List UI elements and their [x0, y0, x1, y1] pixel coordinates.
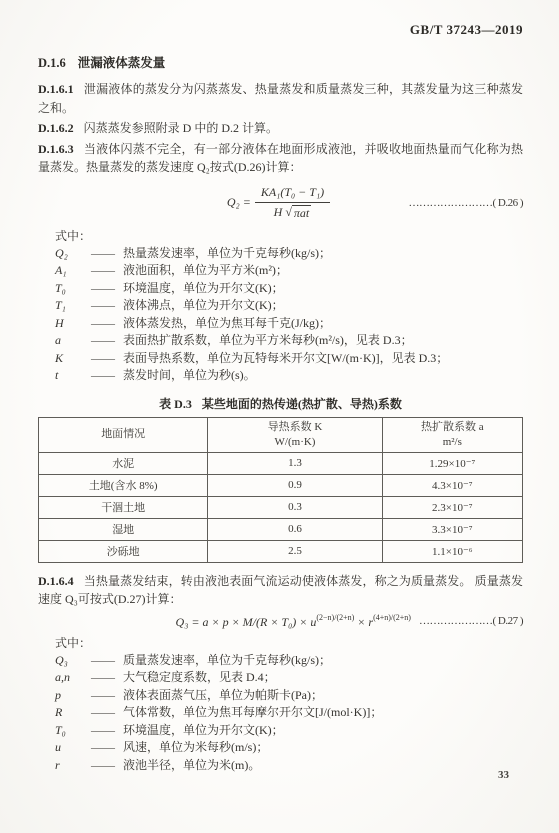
formula-d27-body1: Q₃ = a × p × M/(R × T₀) × u [176, 615, 317, 629]
definition-item: u——风速，单位为米每秒(m/s)； [55, 739, 523, 757]
definition-item: Q₃——质量蒸发速率，单位为千克每秒(kg/s)； [55, 652, 523, 670]
cell-a-value: 4.3×10⁻⁷ [382, 474, 522, 496]
definition-text: 表面导热系数，单位为瓦特每米开尔文[W/(m·K)]，见表 D.3； [123, 350, 523, 368]
definition-dash: —— [91, 262, 115, 280]
clause-d163: D.1.6.3当液体闪蒸不完全，有一部分液体在地面形成液池，并吸收地面热量而气化… [38, 140, 523, 177]
formula-d26-denominator: H √πat [274, 203, 312, 221]
definition-text: 大气稳定度系数，见表 D.4； [123, 669, 523, 687]
definition-dash: —— [91, 722, 115, 740]
definition-text: 液体表面蒸气压，单位为帕斯卡(Pa)； [123, 687, 523, 705]
definition-dash: —— [91, 297, 115, 315]
definition-dash: —— [91, 687, 115, 705]
definition-item: T₁——液体沸点，单位为开尔文(K)； [55, 297, 523, 315]
definition-dash: —— [91, 245, 115, 263]
definition-symbol: R [55, 704, 91, 722]
definition-dash: —— [91, 350, 115, 368]
definition-item: R——气体常数，单位为焦耳每摩尔开尔文[J/(mol·K)]； [55, 704, 523, 722]
header-a-line1: 热扩散系数 a [387, 420, 518, 435]
formula-d26-radical: √πat [285, 205, 311, 221]
definition-text: 液池半径，单位为米(m)。 [123, 757, 523, 775]
cell-k-value: 0.6 [208, 518, 382, 540]
definition-text: 环境温度，单位为开尔文(K)； [123, 722, 523, 740]
ground-surface-table: 地面情况 导热系数 K W/(m·K) 热扩散系数 a m²/s 水泥 1.3 … [38, 417, 523, 563]
definition-symbol: T₀ [55, 722, 91, 740]
radical-sign-icon: √ [285, 205, 292, 220]
table-row: 干涸土地 0.3 2.3×10⁻⁷ [39, 496, 523, 518]
definition-text: 液池面积，单位为平方米(m²)； [123, 262, 523, 280]
definition-symbol: K [55, 350, 91, 368]
formula-d27-leader: …………………( D.27 ) [419, 615, 523, 627]
definition-symbol: T₀ [55, 280, 91, 298]
table-caption-title: 某些地面的热传递(热扩散、导热)系数 [202, 397, 402, 411]
definition-dash: —— [91, 280, 115, 298]
table-row: 水泥 1.3 1.29×10⁻⁷ [39, 452, 523, 474]
table-caption: 表 D.3某些地面的热传递(热扩散、导热)系数 [38, 395, 523, 412]
table-header-row: 地面情况 导热系数 K W/(m·K) 热扩散系数 a m²/s [39, 417, 523, 452]
definition-item: T₀——环境温度，单位为开尔文(K)； [55, 280, 523, 298]
definition-symbol: a [55, 332, 91, 350]
definition-list-d27: Q₃——质量蒸发速率，单位为千克每秒(kg/s)； a,n——大气稳定度系数，见… [38, 652, 523, 775]
formula-d26-leader-dots: …………………… [408, 197, 492, 209]
clause-d163-text: 当液体闪蒸不完全，有一部分液体在地面形成液池，并吸收地面热量而气化称为热量蒸发。… [38, 142, 523, 175]
document-page: GB/T 37243—2019 D.1.6泄漏液体蒸发量 D.1.6.1泄漏液体… [0, 0, 559, 833]
definition-dash: —— [91, 669, 115, 687]
header-k-line2: W/(m·K) [212, 435, 377, 450]
definition-text: 表面热扩散系数，单位为平方米每秒(m²/s)，见表 D.3； [123, 332, 523, 350]
definition-dash: —— [91, 652, 115, 670]
definition-text: 气体常数，单位为焦耳每摩尔开尔文[J/(mol·K)]； [123, 704, 523, 722]
header-a-line2: m²/s [387, 435, 518, 450]
formula-d27-number: ( D.27 ) [492, 615, 523, 627]
definition-symbol: a,n [55, 669, 91, 687]
cell-k-value: 0.9 [208, 474, 382, 496]
definition-item: a——表面热扩散系数，单位为平方米每秒(m²/s)，见表 D.3； [55, 332, 523, 350]
clause-d164-label: D.1.6.4 [38, 574, 74, 588]
definition-item: p——液体表面蒸气压，单位为帕斯卡(Pa)； [55, 687, 523, 705]
definition-symbol: H [55, 315, 91, 333]
cell-a-value: 1.29×10⁻⁷ [382, 452, 522, 474]
definition-item: Q₂——热量蒸发速率，单位为千克每秒(kg/s)； [55, 245, 523, 263]
formula-d26-numerator: KA₁(T₀ − T₁) [255, 185, 330, 203]
clause-d161-label: D.1.6.1 [38, 82, 74, 96]
formula-d27-exponent2: (4+n)/(2+n) [373, 613, 411, 622]
formula-d27-body: Q₃ = a × p × M/(R × T₀) × u(2−n)/(2+n) ×… [176, 613, 411, 630]
definition-item: A₁——液池面积，单位为平方米(m²)； [55, 262, 523, 280]
page-number: 33 [498, 769, 509, 781]
cell-a-value: 1.1×10⁻⁶ [382, 540, 522, 562]
definition-symbol: t [55, 367, 91, 385]
definition-text: 环境温度，单位为开尔文(K)； [123, 280, 523, 298]
clause-d164-text: 当热量蒸发结束，转由液池表面气流运动使液体蒸发，称之为质量蒸发。 质量蒸发速度 … [38, 574, 523, 607]
cell-a-value: 2.3×10⁻⁷ [382, 496, 522, 518]
header-cell-k: 导热系数 K W/(m·K) [208, 417, 382, 452]
definition-symbol: A₁ [55, 262, 91, 280]
definition-dash: —— [91, 704, 115, 722]
definition-item: t——蒸发时间，单位为秒(s)。 [55, 367, 523, 385]
formula-d27: Q₃ = a × p × M/(R × T₀) × u(2−n)/(2+n) ×… [38, 613, 523, 630]
definition-symbol: T₁ [55, 297, 91, 315]
cell-a-value: 3.3×10⁻⁷ [382, 518, 522, 540]
header-k-line1: 导热系数 K [212, 420, 377, 435]
cell-k-value: 2.5 [208, 540, 382, 562]
formula-d26: Q₂ = KA₁(T₀ − T₁) H √πat ……………………( D.26 … [38, 185, 523, 221]
definition-text: 液体沸点，单位为开尔文(K)； [123, 297, 523, 315]
table-caption-label: 表 D.3 [159, 397, 192, 411]
definition-text: 风速，单位为米每秒(m/s)； [123, 739, 523, 757]
clause-d164: D.1.6.4当热量蒸发结束，转由液池表面气流运动使液体蒸发，称之为质量蒸发。 … [38, 572, 523, 609]
standard-code-header: GB/T 37243—2019 [38, 0, 523, 38]
section-heading-label: D.1.6 [38, 56, 66, 70]
definition-symbol: r [55, 757, 91, 775]
formula-d27-leader-dots: ………………… [419, 615, 493, 627]
header-surface-label: 地面情况 [43, 427, 203, 442]
formula-d26-number: ( D.26 ) [492, 197, 523, 209]
clause-d162-label: D.1.6.2 [38, 121, 74, 135]
definition-dash: —— [91, 367, 115, 385]
where-label-d27: 式中： [38, 634, 523, 652]
cell-surface: 湿地 [39, 518, 208, 540]
cell-surface: 干涸土地 [39, 496, 208, 518]
clause-d161: D.1.6.1泄漏液体的蒸发分为闪蒸蒸发、热量蒸发和质量蒸发三种，其蒸发量为这三… [38, 80, 523, 117]
clause-d161-text: 泄漏液体的蒸发分为闪蒸蒸发、热量蒸发和质量蒸发三种，其蒸发量为这三种蒸发之和。 [38, 82, 523, 115]
section-heading: D.1.6泄漏液体蒸发量 [38, 54, 523, 72]
definition-dash: —— [91, 757, 115, 775]
header-cell-surface: 地面情况 [39, 417, 208, 452]
formula-d26-lhs: Q₂ = [227, 195, 251, 210]
definition-text: 液体蒸发热，单位为焦耳每千克(J/kg)； [123, 315, 523, 333]
definition-dash: —— [91, 315, 115, 333]
table-row: 湿地 0.6 3.3×10⁻⁷ [39, 518, 523, 540]
cell-k-value: 1.3 [208, 452, 382, 474]
definition-symbol: Q₃ [55, 652, 91, 670]
definition-dash: —— [91, 739, 115, 757]
clause-d163-label: D.1.6.3 [38, 142, 74, 156]
formula-d27-exponent1: (2−n)/(2+n) [316, 613, 354, 622]
definition-text: 蒸发时间，单位为秒(s)。 [123, 367, 523, 385]
clause-d162: D.1.6.2闪蒸蒸发参照附录 D 中的 D.2 计算。 [38, 119, 523, 138]
formula-d26-den-prefix: H [274, 205, 283, 220]
formula-d27-body2: × r [354, 615, 373, 629]
definition-symbol: u [55, 739, 91, 757]
definition-item: r——液池半径，单位为米(m)。 [55, 757, 523, 775]
formula-d26-radicand: πat [292, 205, 311, 221]
where-label-d26: 式中： [38, 227, 523, 245]
table-row: 土地(含水 8%) 0.9 4.3×10⁻⁷ [39, 474, 523, 496]
definition-symbol: Q₂ [55, 245, 91, 263]
definition-symbol: p [55, 687, 91, 705]
definition-item: H——液体蒸发热，单位为焦耳每千克(J/kg)； [55, 315, 523, 333]
definition-item: a,n——大气稳定度系数，见表 D.4； [55, 669, 523, 687]
cell-surface: 土地(含水 8%) [39, 474, 208, 496]
header-cell-a: 热扩散系数 a m²/s [382, 417, 522, 452]
definition-text: 热量蒸发速率，单位为千克每秒(kg/s)； [123, 245, 523, 263]
clause-d162-text: 闪蒸蒸发参照附录 D 中的 D.2 计算。 [84, 121, 278, 135]
cell-k-value: 0.3 [208, 496, 382, 518]
definition-item: K——表面导热系数，单位为瓦特每米开尔文[W/(m·K)]，见表 D.3； [55, 350, 523, 368]
cell-surface: 水泥 [39, 452, 208, 474]
table-row: 沙砾地 2.5 1.1×10⁻⁶ [39, 540, 523, 562]
formula-d26-fraction: KA₁(T₀ − T₁) H √πat [255, 185, 330, 221]
definition-item: T₀——环境温度，单位为开尔文(K)； [55, 722, 523, 740]
definition-text: 质量蒸发速率，单位为千克每秒(kg/s)； [123, 652, 523, 670]
definition-dash: —— [91, 332, 115, 350]
definition-list-d26: Q₂——热量蒸发速率，单位为千克每秒(kg/s)； A₁——液池面积，单位为平方… [38, 245, 523, 385]
cell-surface: 沙砾地 [39, 540, 208, 562]
formula-d26-leader: ……………………( D.26 ) [334, 197, 523, 209]
section-heading-title: 泄漏液体蒸发量 [78, 56, 166, 70]
